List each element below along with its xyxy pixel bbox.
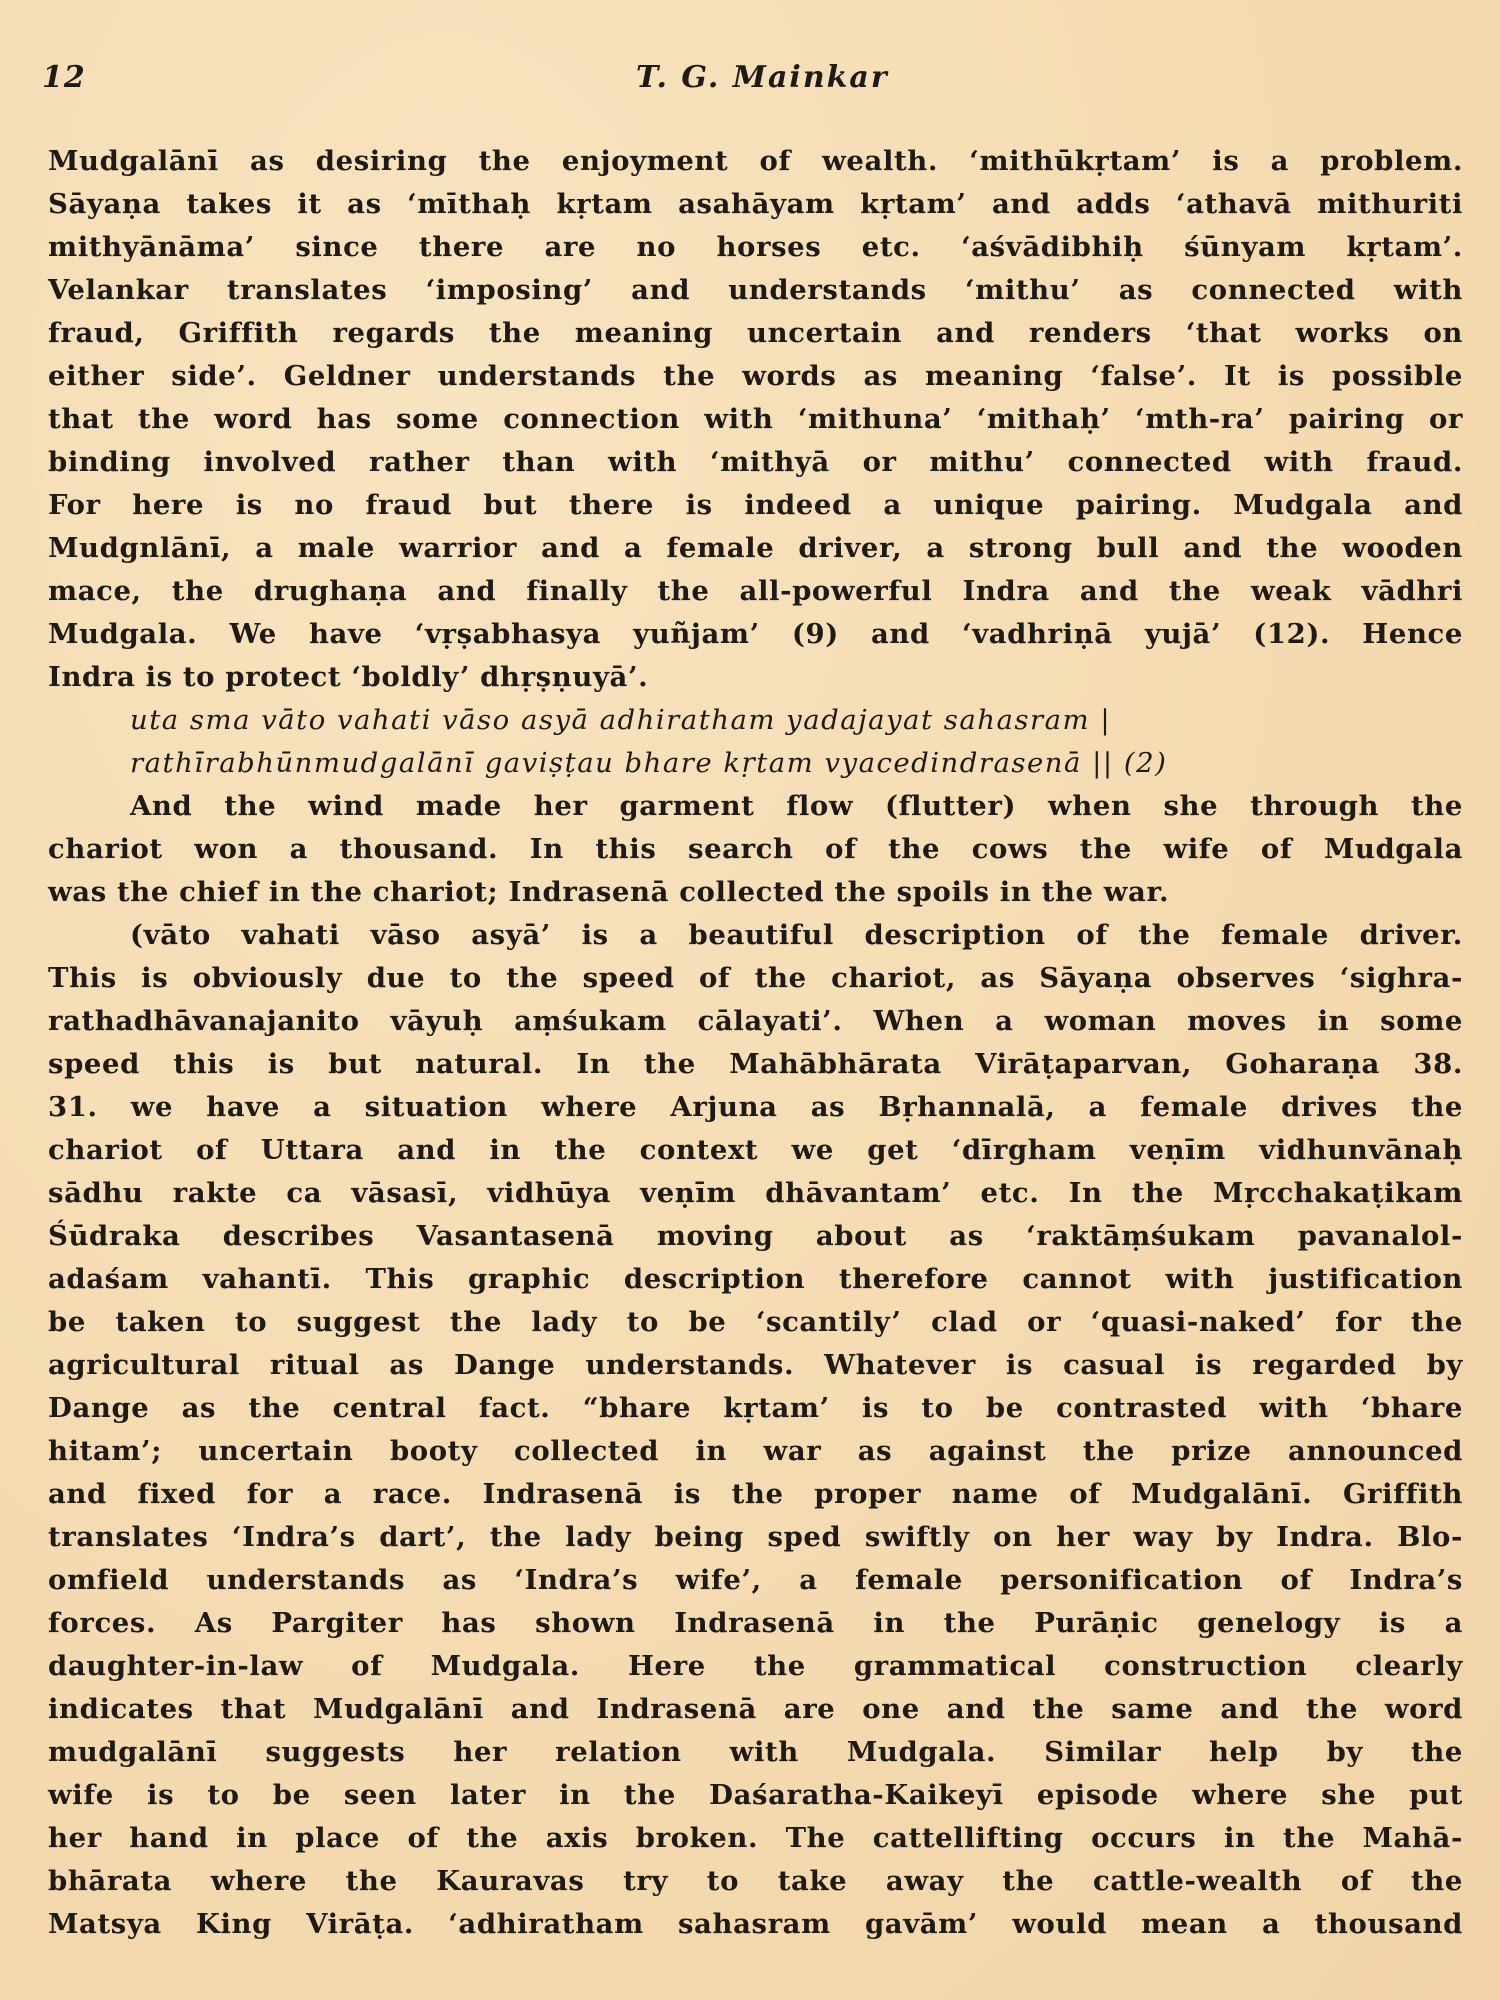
text-line: 31. we have a situation where Arjuna as …	[48, 1086, 1463, 1129]
text-line: and fixed for a race. Indrasenā is the p…	[48, 1473, 1463, 1516]
text-line: chariot won a thousand. In this search o…	[48, 828, 1463, 871]
text-line: forces. As Pargiter has shown Indrasenā …	[48, 1602, 1463, 1645]
text-line: rathadhāvanajanito vāyuḥ aṃśukam cālayat…	[48, 1000, 1463, 1043]
text-line: And the wind made her garment flow (flut…	[48, 785, 1463, 828]
text-line: be taken to suggest the lady to be ‘scan…	[48, 1301, 1463, 1344]
text-line: indicates that Mudgalānī and Indrasenā a…	[48, 1688, 1463, 1731]
text-line: Mudgala. We have ‘vṛṣabhasya yuñjam’ (9)…	[48, 613, 1463, 656]
text-line: sādhu rakte ca vāsasī, vidhūya veṇīm dhā…	[48, 1172, 1463, 1215]
text-line: translates ‘Indra’s dart’, the lady bein…	[48, 1516, 1463, 1559]
text-line: mithyānāma’ since there are no horses et…	[48, 226, 1463, 269]
text-line: Śūdraka describes Vasantasenā moving abo…	[48, 1215, 1463, 1258]
text-line: mace, the drughaṇa and finally the all-p…	[48, 570, 1463, 613]
page-number: 12	[42, 60, 86, 95]
text-line: fraud, Griffith regards the meaning unce…	[48, 312, 1463, 355]
text-line: daughter-in-law of Mudgala. Here the gra…	[48, 1645, 1463, 1688]
text-line: Mudgnlānī, a male warrior and a female d…	[48, 527, 1463, 570]
verse-line: uta sma vāto vahati vāso asyā adhiratham…	[48, 699, 1463, 742]
text-line: either side’. Geldner understands the wo…	[48, 355, 1463, 398]
verse-line: rathīrabhūnmudgalānī gaviṣṭau bhare kṛta…	[48, 742, 1463, 785]
text-line: binding involved rather than with ‘mithy…	[48, 441, 1463, 484]
text-line: hitam’; uncertain booty collected in war…	[48, 1430, 1463, 1473]
text-line: that the word has some connection with ‘…	[48, 398, 1463, 441]
running-head-author: T. G. Mainkar	[636, 60, 889, 95]
text-line: Indra is to protect ‘boldly’ dhṛṣṇuyā’.	[48, 656, 1463, 699]
text-line: (vāto vahati vāso asyā’ is a beautiful d…	[48, 914, 1463, 957]
text-line: For here is no fraud but there is indeed…	[48, 484, 1463, 527]
book-page: 12 T. G. Mainkar Mudgalānī as desiring t…	[0, 0, 1500, 2000]
text-line: Dange as the central fact. “bhare kṛtam’…	[48, 1387, 1463, 1430]
text-line: was the chief in the chariot; Indrasenā …	[48, 871, 1463, 914]
text-line: Matsya King Virāṭa. ‘adhiratham sahasram…	[48, 1903, 1463, 1946]
text-line: Mudgalānī as desiring the enjoyment of w…	[48, 140, 1463, 183]
text-line: Velankar translates ‘imposing’ and under…	[48, 269, 1463, 312]
text-line: mudgalānī suggests her relation with Mud…	[48, 1731, 1463, 1774]
text-line: speed this is but natural. In the Mahābh…	[48, 1043, 1463, 1086]
body-text: Mudgalānī as desiring the enjoyment of w…	[48, 140, 1463, 1946]
text-line: wife is to be seen later in the Daśarath…	[48, 1774, 1463, 1817]
text-line: agricultural ritual as Dange understands…	[48, 1344, 1463, 1387]
text-line: Sāyaṇa takes it as ‘mīthaḥ kṛtam asahāya…	[48, 183, 1463, 226]
text-line: adaśam vahantī. This graphic description…	[48, 1258, 1463, 1301]
text-line: bhārata where the Kauravas try to take a…	[48, 1860, 1463, 1903]
page-header: 12 T. G. Mainkar	[38, 60, 1458, 110]
text-line: chariot of Uttara and in the context we …	[48, 1129, 1463, 1172]
text-line: her hand in place of the axis broken. Th…	[48, 1817, 1463, 1860]
text-line: This is obviously due to the speed of th…	[48, 957, 1463, 1000]
text-line: omfield understands as ‘Indra’s wife’, a…	[48, 1559, 1463, 1602]
